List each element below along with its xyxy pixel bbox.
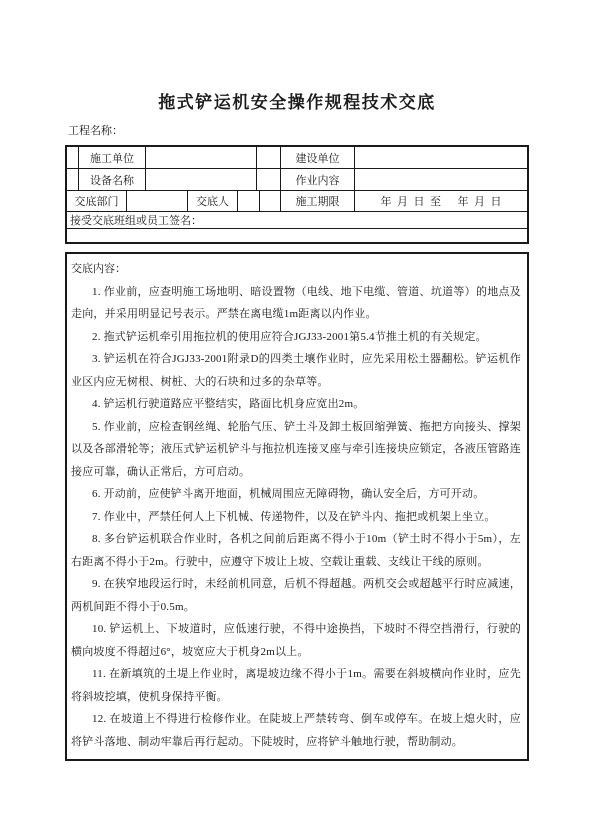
disclosure-department-label: 交底部门 bbox=[67, 191, 126, 211]
discloser-value bbox=[237, 191, 259, 211]
info-table: 施工单位 建设单位 设备名称 作业内容 交底部门 交底人 施工期限 年 月 日 … bbox=[65, 145, 529, 244]
construction-period-dates: 年 月 日 至 年 月 日 bbox=[354, 191, 527, 211]
disclosure-content-heading: 交底内容： bbox=[71, 258, 521, 281]
content-item-9: 9. 在狭窄地段运行时，未经前机同意，后机不得超越。两机交会或超越平行时应减速，… bbox=[71, 573, 521, 618]
table-row: 交底部门 交底人 施工期限 年 月 日 至 年 月 日 bbox=[67, 190, 527, 211]
construction-unit-value bbox=[145, 147, 256, 168]
signature-row: 接受交底班组或员工签名： bbox=[67, 211, 527, 228]
content-item-5: 5. 作业前，应检查钢丝绳、轮胎气压、铲土斗及卸土板回缩弹簧、拖把方向接头、撑架… bbox=[71, 416, 521, 484]
construction-unit-label: 施工单位 bbox=[78, 147, 145, 168]
content-item-2: 2. 拖式铲运机牵引用拖拉机的使用应符合JGJ33-2001第5.4节推土机的有… bbox=[71, 326, 521, 349]
equipment-name-label: 设备名称 bbox=[78, 169, 145, 190]
construction-period-label: 施工期限 bbox=[280, 191, 354, 211]
building-owner-label: 建设单位 bbox=[280, 147, 354, 168]
disclosure-department-value bbox=[126, 191, 187, 211]
equipment-name-value bbox=[145, 169, 256, 190]
content-item-8: 8. 多台铲运机联合作业时，各机之间前后距离不得小于10m（铲土时不得小于5m）… bbox=[71, 528, 521, 573]
edge-spacer-cell bbox=[67, 169, 78, 190]
content-item-12: 12. 在坡道上不得进行检修作业。在陡坡上严禁转弯、倒车或停车。在坡上熄火时，应… bbox=[71, 708, 521, 753]
content-item-3: 3. 铲运机在符合JGJ33-2001附录D的四类土壤作业时，应先采用松土器翻松… bbox=[71, 348, 521, 393]
content-item-7: 7. 作业中，严禁任何人上下机械、传递物件，以及在铲斗内、拖把或机架上坐立。 bbox=[71, 506, 521, 529]
edge-spacer-cell bbox=[67, 147, 78, 168]
table-row: 施工单位 建设单位 bbox=[67, 147, 527, 168]
spacer-cell bbox=[256, 169, 280, 190]
spacer-cell bbox=[256, 147, 280, 168]
content-item-6: 6. 开动前，应使铲斗离开地面，机械周围应无障碍物，确认安全后，方可开动。 bbox=[71, 483, 521, 506]
discloser-label: 交底人 bbox=[187, 191, 237, 211]
signature-label: 接受交底班组或员工签名： bbox=[70, 212, 202, 228]
work-content-value bbox=[354, 169, 527, 190]
building-owner-value bbox=[354, 147, 527, 168]
project-name-label: 工程名称： bbox=[65, 122, 529, 138]
spacer-cell bbox=[259, 191, 280, 211]
signature-blank-row bbox=[67, 228, 527, 242]
content-item-1: 1. 作业前，应查明施工场地明、暗设置物（电线、地下电缆、管道、坑道等）的地点及… bbox=[71, 281, 521, 326]
content-item-4: 4. 铲运机行驶道路应平整结实，路面比机身应宽出2m。 bbox=[71, 393, 521, 416]
content-item-10: 10. 铲运机上、下坡道时，应低速行驶，不得中途换挡，下坡时不得空挡滑行，行驶的… bbox=[71, 618, 521, 663]
disclosure-content-box: 交底内容： 1. 作业前，应查明施工场地明、暗设置物（电线、地下电缆、管道、坑道… bbox=[65, 252, 529, 761]
document-title: 拖式铲运机安全操作规程技术交底 bbox=[65, 88, 529, 113]
technical-disclosure-document: 拖式铲运机安全操作规程技术交底 工程名称： 施工单位 建设单位 设备名称 作业内… bbox=[65, 0, 529, 761]
content-item-11: 11. 在新填筑的土堤上作业时，离堤坡边缘不得小于1m。需要在斜坡横向作业时，应… bbox=[71, 663, 521, 708]
work-content-label: 作业内容 bbox=[280, 169, 354, 190]
table-row: 设备名称 作业内容 bbox=[67, 168, 527, 190]
